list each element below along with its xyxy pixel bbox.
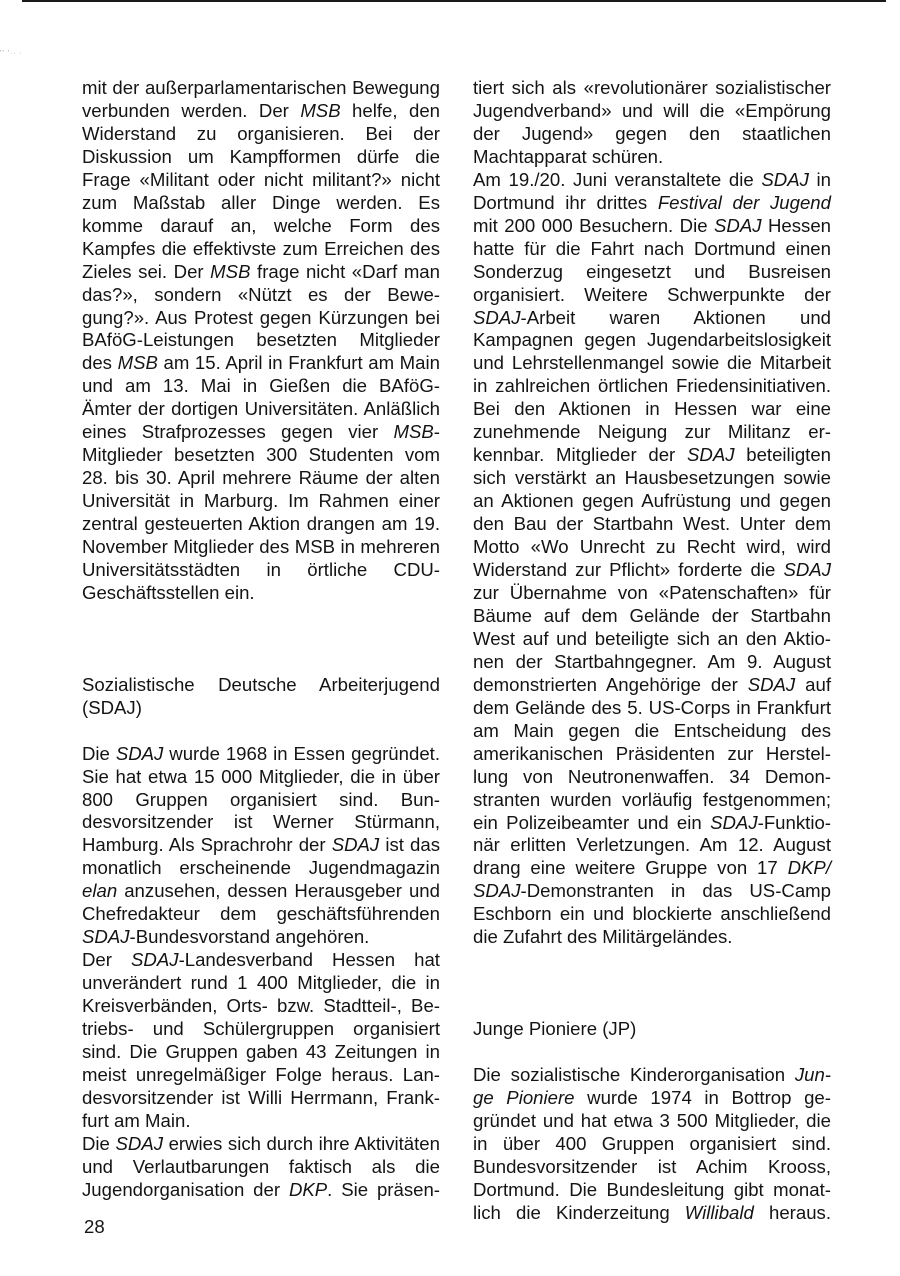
term-sdaj: SDAJ (714, 215, 762, 236)
page-number: 28 (84, 1216, 105, 1239)
term-sdaj: SDAJ (687, 444, 735, 465)
paragraph-sdaj-founding: Die SDAJ wurde 1968 in Essen gegrün­det.… (82, 743, 440, 950)
scan-border-line (22, 0, 886, 2)
term-elan: elan (82, 880, 117, 901)
section-heading-junge-pioniere: Junge Pioniere (JP) (473, 1018, 831, 1041)
spacer (473, 995, 831, 1018)
term-dkp: DKP (289, 1179, 327, 1200)
left-column: mit der außerparlamentarischen Bewe­gung… (82, 77, 440, 1202)
term-sdaj: SDAJ (332, 834, 380, 855)
term-sdaj: SDAJ (783, 559, 831, 580)
paragraph-sdaj-events: Am 19./20. Juni veranstaltete die SDAJ i… (473, 169, 831, 949)
spacer (473, 1041, 831, 1064)
spacer (82, 651, 440, 674)
term-msb: MSB (210, 261, 250, 282)
term-sdaj: SDAJ (748, 674, 796, 695)
paragraph-sdaj-activities: Die SDAJ erwies sich durch ihre Aktivitä… (82, 1133, 440, 1202)
term-msb: MSB (300, 100, 340, 121)
paragraph-sdaj-self-image: tiert sich als «revolutionärer sozialist… (473, 77, 831, 169)
paragraph-sdaj-hessen: Der SDAJ-Landesverband Hessen hat unverä… (82, 949, 440, 1133)
section-heading-sdaj: Sozialistische Deutsche Arbeiterjugend (… (82, 674, 440, 720)
term-sdaj: SDAJ (761, 169, 809, 190)
term-festival-der-jugend: Festival der Jugend (658, 192, 831, 213)
spacer (473, 949, 831, 995)
term-willibald: Willibald (685, 1202, 754, 1223)
term-sdaj: SDAJ (116, 743, 164, 764)
spacer (82, 605, 440, 651)
scan-artifact: '' '·· · (0, 50, 23, 57)
term-msb: MSB (394, 421, 434, 442)
term-sdaj: SDAJ (473, 307, 521, 328)
term-sdaj: SDAJ (115, 1133, 163, 1154)
paragraph-junge-pioniere: Die sozialistische Kinderorganisation Ju… (473, 1064, 831, 1225)
term-sdaj: SDAJ (82, 926, 130, 947)
term-sdaj: SDAJ (710, 812, 758, 833)
right-column: tiert sich als «revolutionärer sozialist… (473, 77, 831, 1225)
term-sdaj: SDAJ (131, 949, 179, 970)
paragraph-msb-continued: mit der außerparlamentarischen Bewe­gung… (82, 77, 440, 605)
spacer (82, 720, 440, 743)
term-msb: MSB (118, 352, 158, 373)
